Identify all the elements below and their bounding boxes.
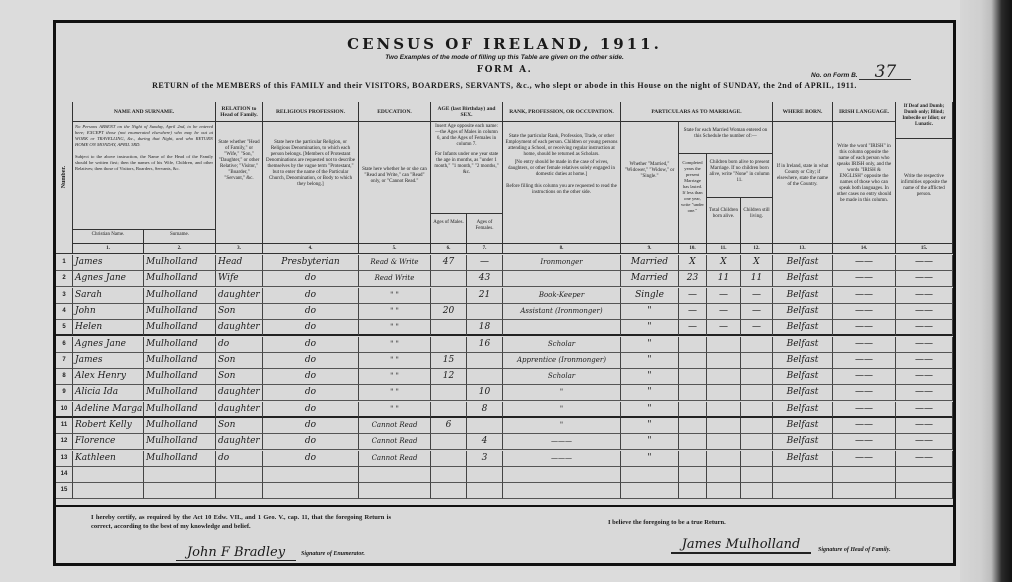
cell-age-f [467,304,503,320]
form-b-label: No. on Form B. [811,72,858,79]
col-number-1: 1. [73,244,144,254]
header-marriage-status: Whether "Married," "Widower," "Widow," o… [621,122,679,244]
cell-surname: Mulholland [144,255,216,271]
cell-deaf: —— [896,418,953,434]
cell-living: X [741,255,773,271]
cell-total [707,434,741,450]
cell-born: Belfast [773,434,833,450]
cell-relation: do [216,337,263,353]
cell-religion: do [263,304,359,320]
table-row: 10Adeline MargarettaMulhollanddaughterdo… [56,402,953,418]
cell-education: " " [359,353,431,369]
cell-born: Belfast [773,418,833,434]
cell-n: 4 [56,304,73,320]
header-children-born: Children born alive to present Marriage.… [707,154,773,198]
header-number: Number. [56,102,73,254]
cell-religion: do [263,418,359,434]
cell-total [707,402,741,418]
form-title: CENSUS OF IRELAND, 1911. [56,35,953,53]
cell-irish: —— [833,320,896,336]
cell-years [679,402,707,418]
cell-christian: Kathleen [73,451,144,467]
cell-n: 2 [56,271,73,287]
header-age-females: Ages of Females. [467,214,503,244]
cell-irish: —— [833,418,896,434]
head-signature-label: Signature of Head of Family. [818,547,891,553]
table-row: 3SarahMulhollanddaughterdo" "21Book-Keep… [56,288,953,304]
cell-deaf: —— [896,402,953,418]
cell-occupation: Apprentice (Ironmonger) [503,353,621,369]
cell-marriage [621,467,679,483]
cell-religion: do [263,385,359,401]
header-education: EDUCATION. [359,102,431,122]
cell-relation: daughter [216,434,263,450]
form-b-number: 37 [859,65,911,80]
cell-irish: —— [833,369,896,385]
header-occupation-instructions: State the particular Rank, Profession, T… [503,122,621,244]
cell-living [741,434,773,450]
cell-living [741,337,773,353]
cell-education [359,483,431,499]
table-row: 6Agnes JaneMulhollanddodo" "16Scholar"Be… [56,337,953,353]
cell-years: — [679,320,707,336]
cell-n: 5 [56,320,73,336]
header-age: AGE (last Birthday) and SEX. [431,102,503,122]
cell-education: Read & Write [359,255,431,271]
cell-occupation: " [503,385,621,401]
cell-living [741,385,773,401]
cell-years: X [679,255,707,271]
head-signature: James Mulholland [671,537,811,554]
cell-deaf: —— [896,353,953,369]
table-row: 8Alex HenryMulhollandSondo" "12Scholar"B… [56,369,953,385]
header-irish-instructions: Write the word "IRISH" in this column op… [833,122,896,244]
cell-surname: Mulholland [144,434,216,450]
cell-n: 1 [56,255,73,271]
cell-relation [216,483,263,499]
certification-footer: I hereby certify, as required by the Act… [56,505,953,565]
cell-education: " " [359,369,431,385]
cell-occupation: " [503,418,621,434]
cell-surname: Mulholland [144,304,216,320]
cell-n: 9 [56,385,73,401]
cell-age-m: 20 [431,304,467,320]
cell-occupation [503,271,621,287]
cell-living [741,467,773,483]
page-edge [960,0,1012,582]
header-years-married: Completed years the present Marriage has… [679,154,707,244]
cell-deaf: —— [896,434,953,450]
cell-relation: Son [216,369,263,385]
col-number-13: 13. [773,244,833,254]
cell-christian: Sarah [73,288,144,304]
header-married-woman: State for each Married Woman entered on … [679,122,773,154]
header-occupation: RANK, PROFESSION, OR OCCUPATION. [503,102,621,122]
cell-n: 7 [56,353,73,369]
enumerator-certification: I hereby certify, as required by the Act… [91,513,391,531]
cell-total: — [707,320,741,336]
cell-marriage: " [621,418,679,434]
cell-irish: —— [833,288,896,304]
table-row: 1JamesMulhollandHeadPresbyterianRead & W… [56,255,953,271]
header-infirmities-instructions: Write the respective infirmities opposit… [896,139,953,244]
cell-born: Belfast [773,402,833,418]
cell-relation: daughter [216,402,263,418]
cell-years [679,467,707,483]
cell-christian: Robert Kelly [73,418,144,434]
cell-relation: Wife [216,271,263,287]
cell-deaf: —— [896,271,953,287]
cell-living [741,483,773,499]
cell-years: 23 [679,271,707,287]
cell-occupation [503,320,621,336]
cell-christian: James [73,353,144,369]
cell-surname: Mulholland [144,451,216,467]
cell-years [679,353,707,369]
cell-total [707,483,741,499]
cell-relation [216,467,263,483]
table-row: 7JamesMulhollandSondo" "15Apprentice (Ir… [56,353,953,369]
cell-occupation [503,467,621,483]
table-row: 4JohnMulhollandSondo" "20Assistant (Iron… [56,304,953,320]
cell-age-m [431,467,467,483]
cell-age-f: 3 [467,451,503,467]
cell-born: Belfast [773,320,833,336]
cell-years [679,418,707,434]
cell-age-m: 6 [431,418,467,434]
cell-deaf: —— [896,337,953,353]
header-marriage: PARTICULARS AS TO MARRIAGE. [621,102,773,122]
cell-irish: —— [833,353,896,369]
cell-deaf [896,483,953,499]
cell-born [773,467,833,483]
col-number-2: 2. [144,244,216,254]
cell-age-m: 15 [431,353,467,369]
cell-n: 8 [56,369,73,385]
cell-education: Cannot Read [359,451,431,467]
cell-christian: Alicia Ida [73,385,144,401]
header-children-living: Children still living. [741,198,773,244]
cell-living [741,418,773,434]
cell-years [679,369,707,385]
table-row: 11Robert KellyMulhollandSondoCannot Read… [56,418,953,434]
cell-relation: Son [216,353,263,369]
cell-education: " " [359,288,431,304]
cell-irish: —— [833,402,896,418]
cell-age-m: 12 [431,369,467,385]
cell-age-m [431,337,467,353]
enumerator-signature: John F Bradley [176,545,296,561]
header-infirmities: If Deaf and Dumb; Dumb only; Blind; Imbe… [896,102,953,139]
cell-religion: do [263,434,359,450]
cell-religion: Presbyterian [263,255,359,271]
cell-marriage: " [621,353,679,369]
cell-deaf: —— [896,451,953,467]
col-number-7: 7. [467,244,503,254]
cell-occupation: Ironmonger [503,255,621,271]
table-row: 12FlorenceMulhollanddaughterdoCannot Rea… [56,434,953,450]
col-number-6: 6. [431,244,467,254]
cell-deaf: —— [896,385,953,401]
cell-age-m [431,402,467,418]
cell-occupation: ——— [503,434,621,450]
header-education-instructions: State here whether he or she can "Read a… [359,122,431,244]
cell-n: 14 [56,467,73,483]
cell-deaf: —— [896,288,953,304]
cell-born: Belfast [773,385,833,401]
cell-irish: —— [833,337,896,353]
cell-years: — [679,288,707,304]
cell-age-f [467,353,503,369]
cell-age-f: 16 [467,337,503,353]
cell-living [741,369,773,385]
cell-age-m: 47 [431,255,467,271]
cell-irish [833,483,896,499]
cell-age-f: 18 [467,320,503,336]
cell-religion: do [263,353,359,369]
cell-marriage: " [621,369,679,385]
cell-occupation: Assistant (Ironmonger) [503,304,621,320]
cell-years [679,483,707,499]
cell-christian: James [73,255,144,271]
cell-born: Belfast [773,288,833,304]
cell-christian: Adeline Margaretta [73,402,144,418]
cell-christian: Helen [73,320,144,336]
header-relation: RELATION to Head of Family. [216,102,263,122]
header-relation-instructions: State whether "Head of Family," or "Wife… [216,122,263,244]
cell-age-f [467,369,503,385]
cell-education: Cannot Read [359,434,431,450]
cell-total [707,337,741,353]
cell-surname: Mulholland [144,288,216,304]
cell-religion: do [263,369,359,385]
header-christian-name: Christian Name. [73,230,144,244]
cell-religion: do [263,402,359,418]
col-number-3: 3. [216,244,263,254]
col-number-5: 5. [359,244,431,254]
cell-irish: —— [833,451,896,467]
cell-irish [833,467,896,483]
cell-age-f: 21 [467,288,503,304]
cell-deaf [896,467,953,483]
cell-occupation: ——— [503,451,621,467]
cell-marriage: " [621,320,679,336]
header-religion-instructions: State here the particular Religion, or R… [263,122,359,244]
cell-deaf: —— [896,255,953,271]
cell-born [773,483,833,499]
table-row: 2Agnes JaneMulhollandWifedoRead Write43M… [56,271,953,287]
cell-religion [263,483,359,499]
cell-living [741,402,773,418]
cell-surname: Mulholland [144,337,216,353]
cell-relation: Head [216,255,263,271]
header-where-born: WHERE BORN. [773,102,833,122]
cell-age-m [431,434,467,450]
cell-born: Belfast [773,304,833,320]
header-where-born-instructions: If in Ireland, state in what County or C… [773,122,833,244]
cell-age-m [431,271,467,287]
cell-marriage: Single [621,288,679,304]
col-number-4: 4. [263,244,359,254]
table-row: 15 [56,483,953,499]
table-row: 14 [56,467,953,483]
cell-age-f: 10 [467,385,503,401]
cell-age-f [467,483,503,499]
cell-christian: Agnes Jane [73,271,144,287]
head-declaration: I believe the foregoing to be a true Ret… [608,519,726,526]
cell-age-m [431,385,467,401]
cell-total [707,385,741,401]
cell-occupation: Scholar [503,369,621,385]
cell-n: 10 [56,402,73,418]
col-number-11: 11. [707,244,741,254]
form-b-reference: No. on Form B. 37 [811,65,946,80]
cell-relation: daughter [216,288,263,304]
cell-born: Belfast [773,271,833,287]
cell-n: 11 [56,418,73,434]
cell-christian: Agnes Jane [73,337,144,353]
cell-christian: Alex Henry [73,369,144,385]
cell-irish: —— [833,385,896,401]
cell-irish: —— [833,304,896,320]
header-religion: RELIGIOUS PROFESSION. [263,102,359,122]
cell-education: " " [359,402,431,418]
header-surname: Surname. [144,230,216,244]
cell-total [707,451,741,467]
header-irish-language: IRISH LANGUAGE. [833,102,896,122]
cell-surname: Mulholland [144,385,216,401]
cell-age-m [431,451,467,467]
cell-occupation: Scholar [503,337,621,353]
cell-relation: Son [216,418,263,434]
cell-n: 12 [56,434,73,450]
cell-n: 6 [56,337,73,353]
cell-marriage: " [621,451,679,467]
cell-education: " " [359,385,431,401]
cell-deaf: —— [896,320,953,336]
cell-education: Cannot Read [359,418,431,434]
cell-religion: do [263,288,359,304]
cell-age-m [431,288,467,304]
cell-age-f: — [467,255,503,271]
cell-surname: Mulholland [144,402,216,418]
cell-christian [73,467,144,483]
cell-religion: do [263,320,359,336]
cell-years [679,337,707,353]
header-total-children: Total Children born alive. [707,198,741,244]
table-row: 5HelenMulhollanddaughterdo" "18"———Belfa… [56,320,953,336]
cell-relation: do [216,451,263,467]
cell-born: Belfast [773,369,833,385]
col-number-8: 8. [503,244,621,254]
cell-n: 13 [56,451,73,467]
form-subtitle: Two Examples of the mode of filling up t… [56,54,953,61]
cell-surname: Mulholland [144,271,216,287]
cell-total: — [707,288,741,304]
cell-years: — [679,304,707,320]
cell-age-f: 4 [467,434,503,450]
cell-years [679,434,707,450]
cell-surname: Mulholland [144,353,216,369]
cell-age-f: 43 [467,271,503,287]
cell-marriage: " [621,337,679,353]
cell-christian [73,483,144,499]
cell-years [679,385,707,401]
cell-relation: Son [216,304,263,320]
cell-total: 11 [707,271,741,287]
cell-occupation: " [503,402,621,418]
cell-total [707,418,741,434]
cell-living: — [741,304,773,320]
cell-religion: do [263,337,359,353]
cell-irish: —— [833,434,896,450]
cell-living: — [741,288,773,304]
cell-relation: daughter [216,385,263,401]
cell-surname: Mulholland [144,320,216,336]
header-name: NAME AND SURNAME. [73,102,216,122]
cell-marriage: " [621,434,679,450]
header-name-instructions: No Persons ABSENT on the Night of Sunday… [73,122,216,230]
cell-living [741,451,773,467]
cell-surname [144,467,216,483]
col-number-12: 12. [741,244,773,254]
col-number-9: 9. [621,244,679,254]
cell-occupation: Book-Keeper [503,288,621,304]
cell-religion: do [263,451,359,467]
cell-living: 11 [741,271,773,287]
cell-surname [144,483,216,499]
cell-n: 15 [56,483,73,499]
census-form: CENSUS OF IRELAND, 1911. Two Examples of… [53,20,956,566]
cell-total [707,353,741,369]
cell-marriage: " [621,385,679,401]
cell-deaf: —— [896,369,953,385]
cell-born: Belfast [773,255,833,271]
col-number-14: 14. [833,244,896,254]
header-age-males: Ages of Males. [431,214,467,244]
col-number-15: 15. [896,244,953,254]
cell-marriage: Married [621,255,679,271]
table-row: 9Alicia IdaMulhollanddaughterdo" "10""Be… [56,385,953,401]
cell-marriage [621,483,679,499]
cell-age-m [431,320,467,336]
cell-living: — [741,320,773,336]
cell-irish: —— [833,271,896,287]
cell-living [741,353,773,369]
cell-total [707,467,741,483]
table-row: 13KathleenMulhollanddodoCannot Read3———"… [56,451,953,467]
cell-born: Belfast [773,337,833,353]
cell-christian: John [73,304,144,320]
enumerator-signature-label: Signature of Enumerator. [301,551,365,557]
return-heading: RETURN of the MEMBERS of this FAMILY and… [56,81,953,90]
cell-marriage: " [621,402,679,418]
cell-born: Belfast [773,451,833,467]
cell-education [359,467,431,483]
cell-irish: —— [833,255,896,271]
cell-relation: daughter [216,320,263,336]
header-age-instructions: Insert Age opposite each name:—the Ages … [431,122,503,214]
cell-surname: Mulholland [144,369,216,385]
col-number-10: 10. [679,244,707,254]
cell-total [707,369,741,385]
cell-christian: Florence [73,434,144,450]
cell-total: — [707,304,741,320]
cell-age-f: 8 [467,402,503,418]
cell-education: Read Write [359,271,431,287]
cell-years [679,451,707,467]
cell-education: " " [359,337,431,353]
